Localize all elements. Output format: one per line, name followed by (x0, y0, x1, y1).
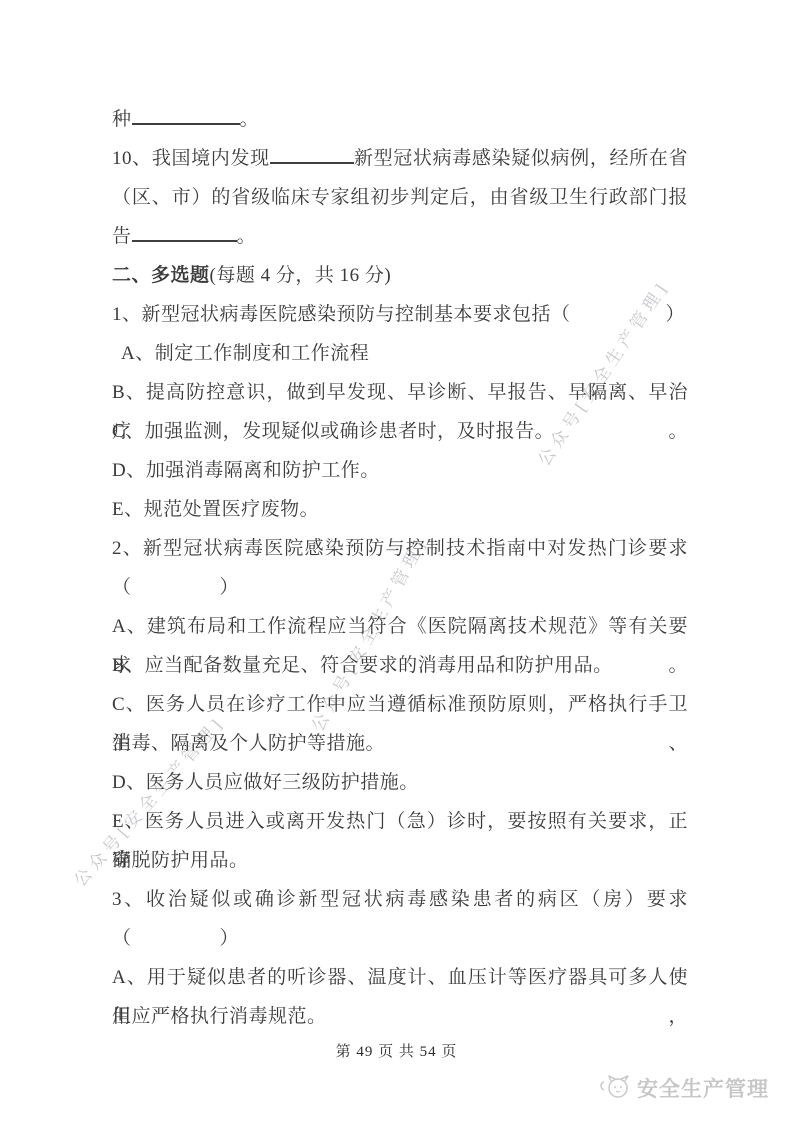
text: （区、市）的省级临床专家组初步判定后，由省级卫生行政部门报 (112, 187, 688, 208)
text: 但应严格执行消毒规范。 (112, 1006, 327, 1027)
text: B、应当配备数量充足、符合要求的消毒用品和防护用品。 (112, 655, 613, 676)
fill-in-blank (270, 144, 354, 164)
q2-option-e-line-1: E、医务人员进入或离开发热门（急）诊时，要按照有关要求，正确 (112, 802, 688, 841)
brand-logo: 安全生产管理 (598, 1072, 769, 1104)
fill-in-blank (132, 222, 237, 242)
section-2-heading: 二、多选题(每题 4 分，共 16 分) (112, 256, 688, 295)
mc-question-3-line-2: （） (112, 919, 688, 958)
cat-logo-icon (598, 1074, 632, 1102)
q1-option-a: A、制定工作制度和工作流程 (112, 334, 688, 373)
text: 2、新型冠状病毒医院感染预防与控制技术指南中对发热门诊要求 (112, 538, 688, 559)
text: 3、收治疑似或确诊新型冠状病毒感染患者的病区（房）要求 (112, 889, 688, 910)
text: 新型冠状病毒感染疑似病例，经所在省 (354, 148, 688, 169)
question-10-line-2: （区、市）的省级临床专家组初步判定后，由省级卫生行政部门报 (112, 178, 688, 217)
mc-question-2-line-1: 2、新型冠状病毒医院感染预防与控制技术指南中对发热门诊要求 (112, 529, 688, 568)
text: ） (666, 304, 686, 325)
question-10-line-1: 10、我国境内发现新型冠状病毒感染疑似病例，经所在省 (112, 139, 688, 178)
brand-name: 安全生产管理 (637, 1073, 769, 1103)
text: D、加强消毒隔离和防护工作。 (112, 460, 380, 481)
q2-option-b: B、应当配备数量充足、符合要求的消毒用品和防护用品。 (112, 646, 688, 685)
q2-option-d: D、医务人员应做好三级防护措施。 (112, 763, 688, 802)
q3-option-a-line-1: A、用于疑似患者的听诊器、温度计、血压计等医疗器具可多人使用， (112, 958, 688, 997)
text: A、制定工作制度和工作流程 (121, 343, 369, 364)
mc-question-1: 1、新型冠状病毒医院感染预防与控制基本要求包括（） (112, 295, 688, 334)
text: E、规范处置医疗废物。 (112, 499, 319, 520)
fill-in-blank (132, 105, 240, 125)
text: D、医务人员应做好三级防护措施。 (112, 772, 419, 793)
text: 消毒、隔离及个人防护等措施。 (112, 733, 385, 754)
answer-space (571, 311, 666, 321)
mc-question-2-line-2: （） (112, 568, 688, 607)
q1-option-b: B、提高防控意识，做到早发现、早诊断、早报告、早隔离、早治疗。 (112, 373, 688, 412)
mc-question-3-line-1: 3、收治疑似或确诊新型冠状病毒感染患者的病区（房）要求 (112, 880, 688, 919)
text: 。 (240, 109, 260, 130)
q2-option-e-line-2: 穿脱防护用品。 (112, 841, 688, 880)
q1-option-d: D、加强消毒隔离和防护工作。 (112, 451, 688, 490)
text: （ (112, 577, 132, 598)
text: (每题 4 分，共 16 分) (210, 265, 392, 286)
document-page: 公众号[安全生产管理] 公众号[安全生产管理] 公众号[安全生产管理] 种。10… (0, 0, 793, 1122)
text: 10、我国境内发现 (112, 148, 270, 169)
answer-space (132, 584, 220, 594)
text: ） (220, 577, 240, 598)
q9-continuation: 种。 (112, 100, 688, 139)
text: 。 (237, 226, 257, 247)
text: 1、新型冠状病毒医院感染预防与控制基本要求包括（ (112, 304, 571, 325)
bold-text: 二、多选题 (112, 265, 210, 286)
text: ） (220, 928, 240, 949)
question-10-line-3: 告。 (112, 217, 688, 256)
text: 告 (112, 226, 132, 247)
text: 种 (112, 109, 132, 130)
q2-option-c-line-1: C、医务人员在诊疗工作中应当遵循标准预防原则，严格执行手卫生、 (112, 685, 688, 724)
document-lines: 种。10、我国境内发现新型冠状病毒感染疑似病例，经所在省（区、市）的省级临床专家… (112, 100, 688, 1036)
text: 穿脱防护用品。 (112, 850, 249, 871)
answer-space (132, 935, 220, 945)
page-number: 第 49 页 共 54 页 (0, 1040, 793, 1061)
q2-option-a: A、建筑布局和工作流程应当符合《医院隔离技术规范》等有关要求。 (112, 607, 688, 646)
q1-option-e: E、规范处置医疗废物。 (112, 490, 688, 529)
text: C、加强监测，发现疑似或确诊患者时，及时报告。 (112, 421, 554, 442)
text: （ (112, 928, 132, 949)
